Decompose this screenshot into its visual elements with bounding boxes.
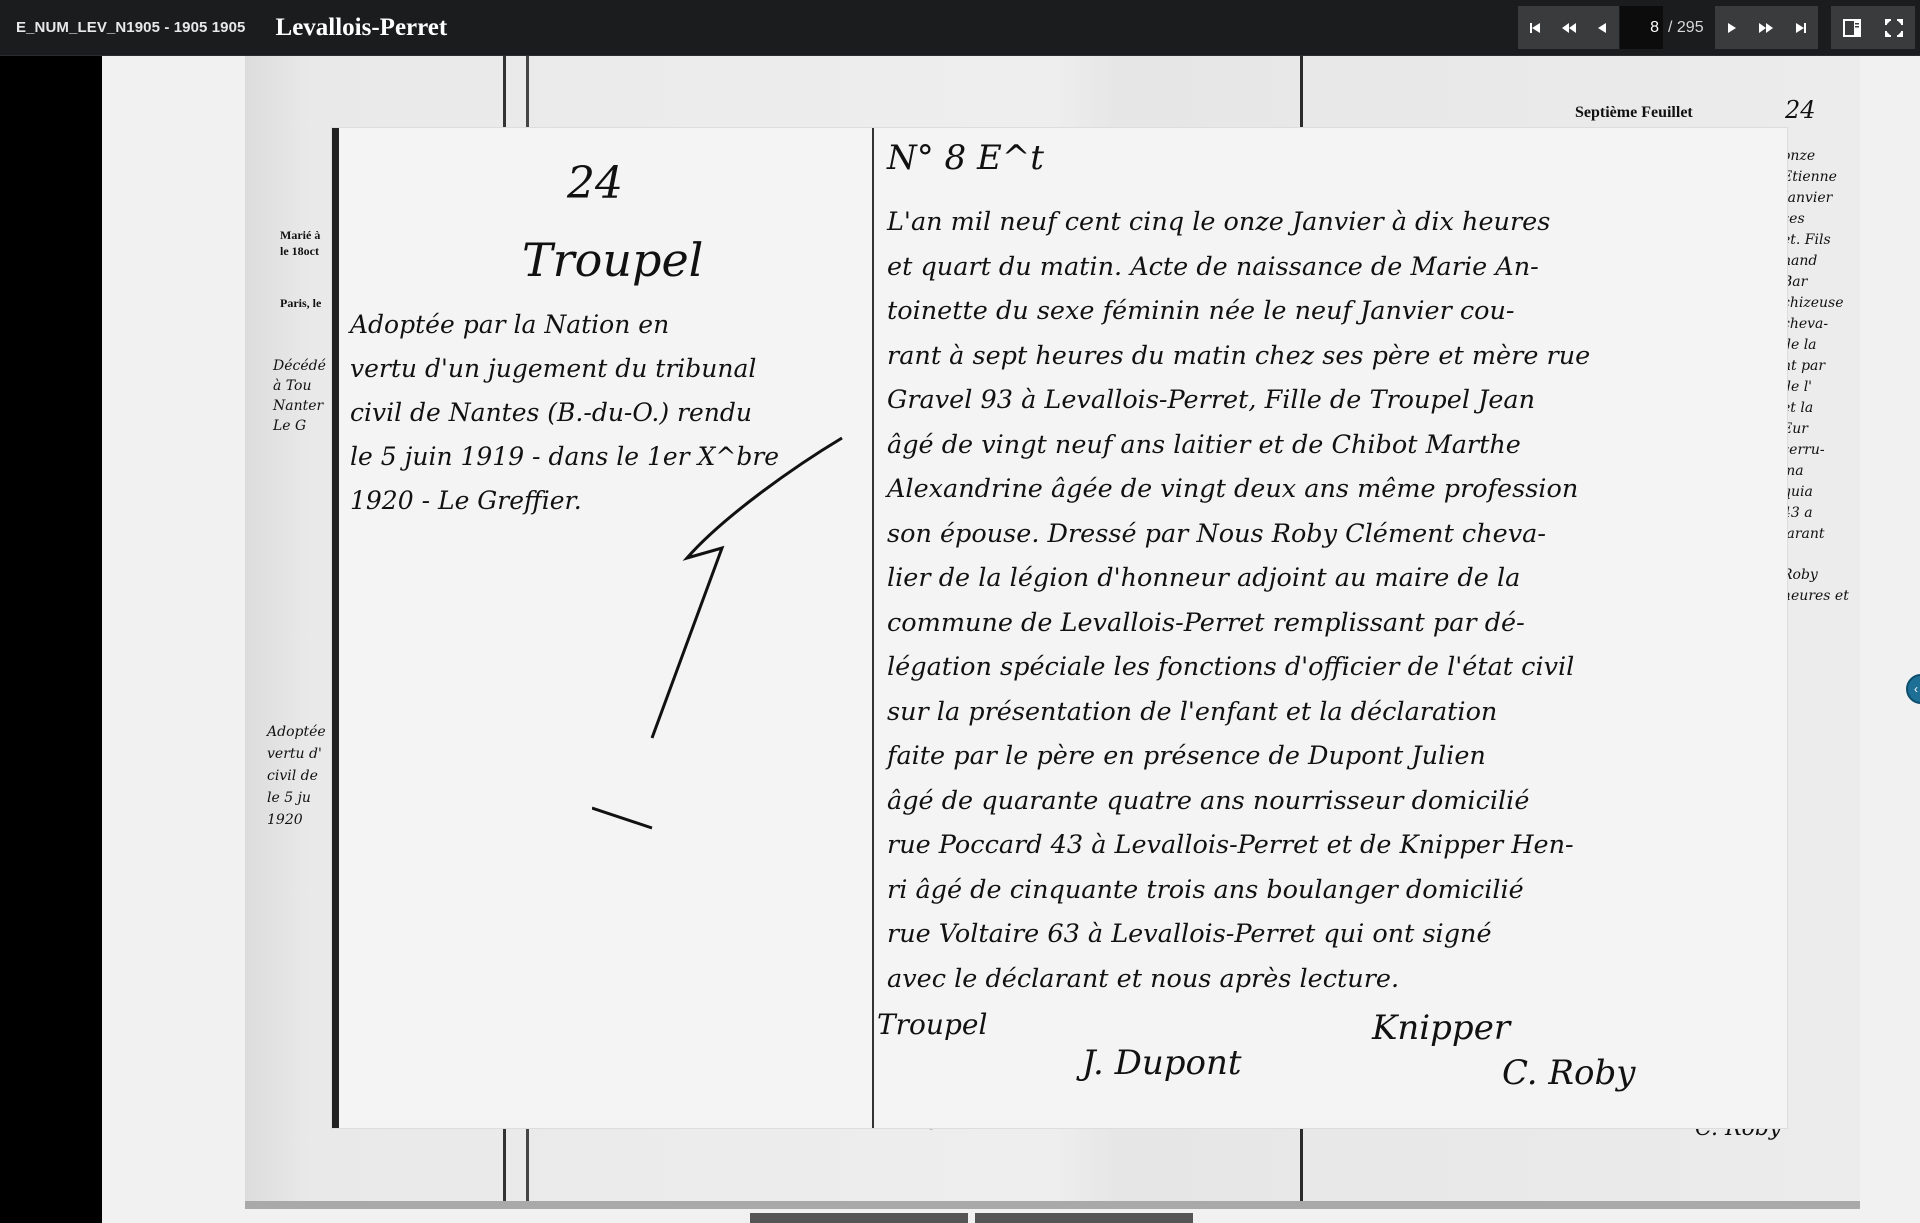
next-page-button[interactable]: [1715, 6, 1749, 49]
chevron-left-icon: ‹: [1914, 682, 1918, 696]
act-body: L'an mil neuf cent cinq le onze Janvier …: [887, 200, 1590, 1001]
magnified-region[interactable]: 24 Troupel Adoptée par la Nation en vert…: [332, 128, 1787, 1128]
document-title: Levallois-Perret: [276, 14, 448, 42]
signature-troupel: Troupel: [877, 1008, 987, 1041]
printed-header: Septième Feuillet: [1575, 104, 1693, 122]
act-header: N° 8 E^t: [887, 138, 1044, 178]
page-number-input[interactable]: 8: [1620, 6, 1663, 49]
skip-last-icon: [1795, 22, 1807, 34]
folio-number: 24: [1785, 96, 1816, 124]
fast-forward-button[interactable]: [1749, 6, 1783, 49]
view-tools-group: [1831, 6, 1915, 49]
rewind-icon: [1562, 22, 1576, 34]
rewind-button[interactable]: [1552, 6, 1586, 49]
left-page-printed-2: le 18oct: [280, 244, 319, 259]
pen-stroke-decoration: [592, 428, 852, 848]
pager-forward-group: [1715, 6, 1818, 49]
skip-first-icon: [1529, 22, 1541, 34]
signature-dupont: J. Dupont: [1082, 1043, 1242, 1083]
thumbnail-tab-2[interactable]: [975, 1213, 1193, 1223]
fast-forward-icon: [1759, 22, 1773, 34]
image-viewer[interactable]: Marié à le 18oct Paris, le Décédé à Tou …: [0, 56, 1920, 1223]
sidebar-panel-icon: [1843, 19, 1861, 37]
document-id: E_NUM_LEV_N1905 - 1905 1905: [16, 19, 246, 36]
left-page-note: Décédé à Tou Nanter Le G: [273, 356, 326, 436]
top-toolbar: E_NUM_LEV_N1905 - 1905 1905 Levallois-Pe…: [0, 0, 1920, 56]
last-page-button[interactable]: [1784, 6, 1818, 49]
panel-toggle-button[interactable]: [1831, 6, 1873, 49]
triangle-right-icon: [1727, 22, 1737, 34]
page-total: / 295: [1668, 6, 1704, 49]
overlay-binding: [332, 128, 339, 1128]
signature-knipper: Knipper: [1372, 1008, 1510, 1048]
left-page-note-2: Adoptée vertu d' civil de le 5 ju 1920: [267, 721, 326, 831]
triangle-left-icon: [1597, 22, 1607, 34]
first-page-button[interactable]: [1518, 6, 1552, 49]
left-page-printed-1: Marié à: [280, 226, 320, 244]
signature-roby: C. Roby: [1502, 1053, 1635, 1093]
right-column-text: onze Etienne Janvier ses et. Fils nand B…: [1782, 146, 1849, 607]
surname-title: Troupel: [522, 233, 703, 287]
act-number: 24: [567, 158, 623, 209]
pager-back-group: [1518, 6, 1619, 49]
previous-page-button[interactable]: [1585, 6, 1619, 49]
fullscreen-icon: [1885, 19, 1903, 37]
fullscreen-button[interactable]: [1873, 6, 1915, 49]
margin-divider: [872, 128, 874, 1128]
left-page-printed-4: Paris, le: [280, 296, 321, 311]
thumbnail-tab-1[interactable]: [750, 1213, 968, 1223]
